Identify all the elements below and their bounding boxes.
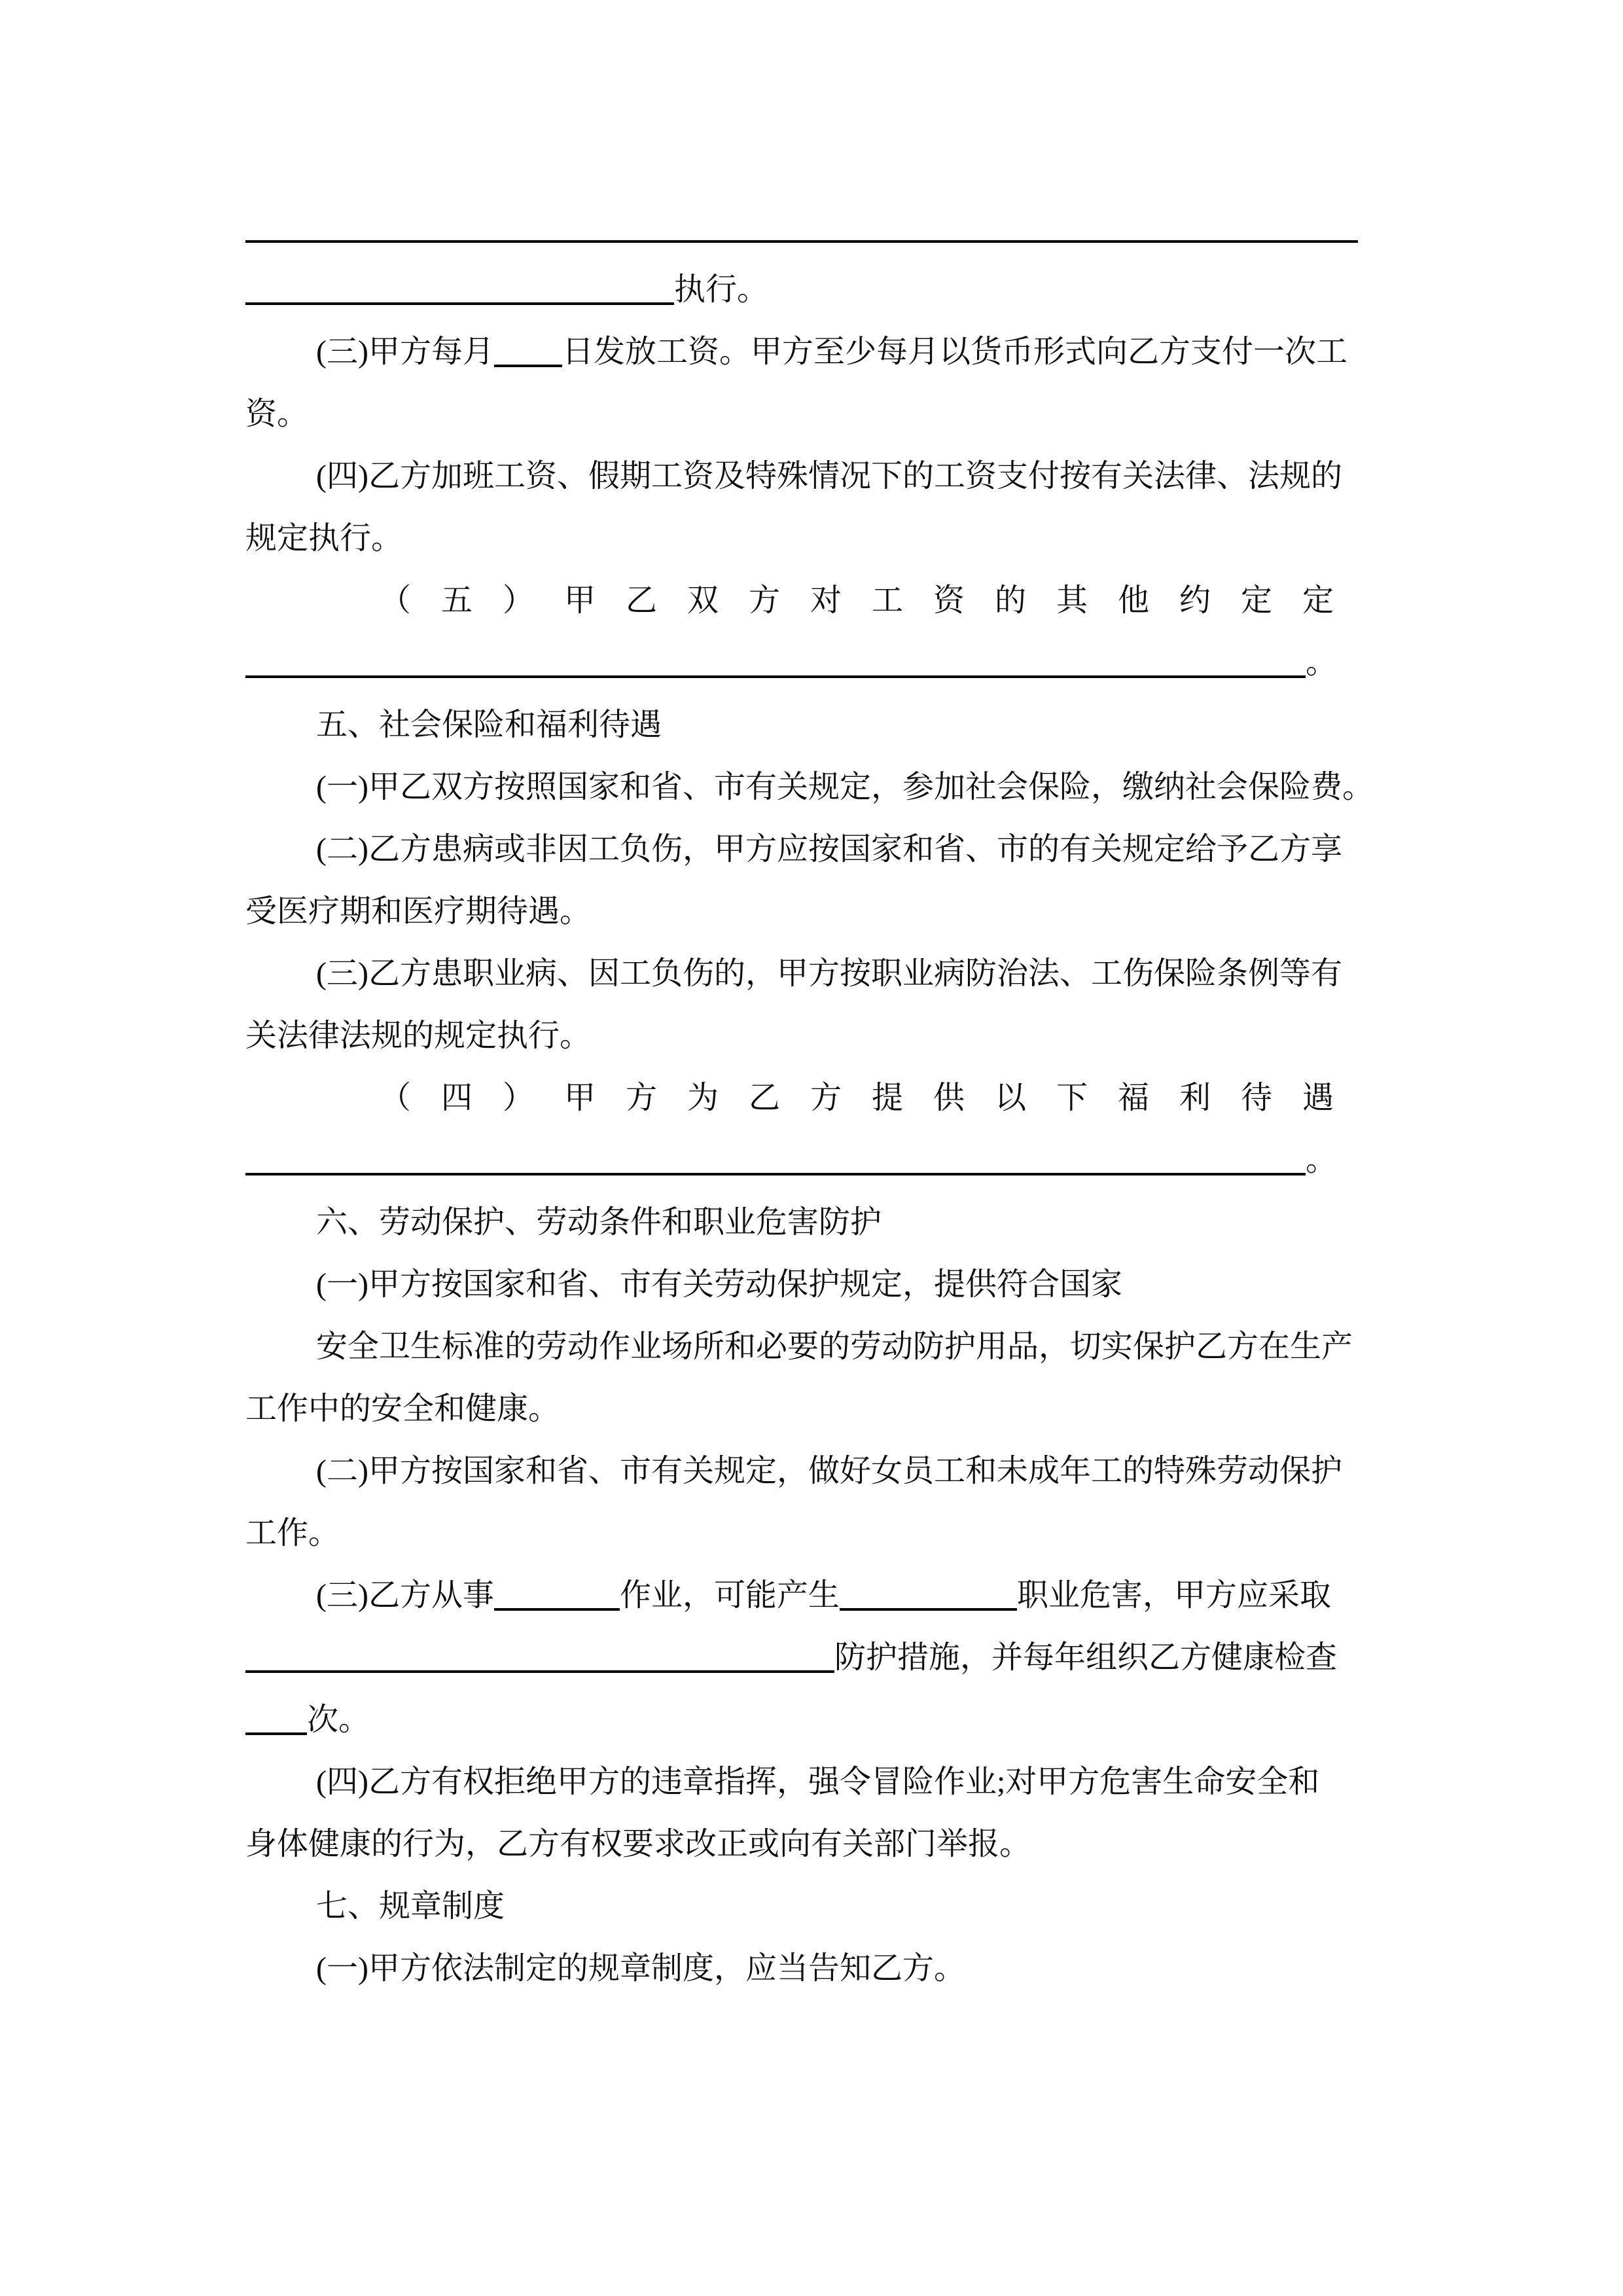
line-text: 资。	[245, 397, 308, 431]
text-line: 执行。	[245, 259, 1364, 321]
text-line: 次。	[245, 1689, 1364, 1751]
text-line: (二)乙方患病或非因工负伤，甲方应按国家和省、市的有关规定给予乙方享	[245, 818, 1364, 880]
line-text: (四)乙方有权拒绝甲方的违章指挥，强令冒险作业;对甲方危害生命安全和	[316, 1765, 1319, 1799]
document-page: 执行。(三)甲方每月日发放工资。甲方至少每月以货币形式向乙方支付一次工资。(四)…	[0, 0, 1623, 2296]
blank-underline	[245, 240, 1358, 243]
blank-underline	[245, 302, 674, 305]
text-line: (四)乙方有权拒绝甲方的违章指挥，强令冒险作业;对甲方危害生命安全和	[245, 1751, 1364, 1813]
text-line: (二)甲方按国家和省、市有关规定，做好女员工和未成年工的特殊劳动保护	[245, 1440, 1364, 1502]
text-line: 资。	[245, 383, 1364, 445]
line-text: 规定执行。	[245, 521, 402, 556]
line-text: 七、规章制度	[316, 1889, 505, 1924]
line-text: 安全卫生标准的劳动作业场所和必要的劳动防护用品，切实保护乙方在生产	[316, 1329, 1353, 1364]
text-line	[245, 196, 1364, 259]
blank-underline	[245, 1670, 834, 1673]
text-line: (三)甲方每月日发放工资。甲方至少每月以货币形式向乙方支付一次工	[245, 321, 1364, 383]
text-line: (三)乙方从事作业，可能产生职业危害，甲方应采取	[245, 1564, 1364, 1626]
text-line: 身体健康的行为，乙方有权要求改正或向有关部门举报。	[245, 1813, 1364, 1875]
line-text: 执行。	[674, 272, 768, 307]
blank-underline	[840, 1608, 1017, 1611]
text-line: (一)甲乙双方按照国家和省、市有关规定，参加社会保险，缴纳社会保险费。	[245, 756, 1364, 818]
line-text: 防护措施，并每年组织乙方健康检查	[834, 1640, 1337, 1675]
blank-underline	[245, 1732, 307, 1735]
blank-underline	[245, 675, 1306, 678]
line-text: 次。	[307, 1702, 370, 1737]
line-text: 。	[1306, 1143, 1337, 1177]
text-line: (四)乙方加班工资、假期工资及特殊情况下的工资支付按有关法律、法规的	[245, 445, 1364, 507]
text-line: 防护措施，并每年组织乙方健康检查	[245, 1626, 1364, 1689]
text-line: 安全卫生标准的劳动作业场所和必要的劳动防护用品，切实保护乙方在生产	[245, 1316, 1364, 1378]
document-body: 执行。(三)甲方每月日发放工资。甲方至少每月以货币形式向乙方支付一次工资。(四)…	[245, 196, 1364, 2000]
line-text: (二)甲方按国家和省、市有关规定，做好女员工和未成年工的特殊劳动保护	[316, 1454, 1342, 1488]
blank-underline	[245, 1173, 1306, 1175]
text-line: 。	[245, 1129, 1364, 1191]
line-text: (一)甲乙双方按照国家和省、市有关规定，参加社会保险，缴纳社会保险费。	[316, 770, 1374, 804]
text-line: （五）甲乙双方对工资的其他约定定	[245, 569, 1364, 632]
text-line: 六、劳动保护、劳动条件和职业危害防护	[245, 1191, 1364, 1253]
text-line: (一)甲方按国家和省、市有关劳动保护规定，提供符合国家	[245, 1253, 1364, 1316]
line-text: 六、劳动保护、劳动条件和职业危害防护	[316, 1205, 882, 1240]
text-line: 工作中的安全和健康。	[245, 1378, 1364, 1440]
text-line: 五、社会保险和福利待遇	[245, 694, 1364, 756]
line-text: 。	[1306, 645, 1337, 680]
line-text: 关法律法规的规定执行。	[245, 1018, 591, 1053]
line-text: (二)乙方患病或非因工负伤，甲方应按国家和省、市的有关规定给予乙方享	[316, 832, 1342, 867]
text-line: (一)甲方依法制定的规章制度，应当告知乙方。	[245, 1937, 1364, 2000]
line-text: 日发放工资。甲方至少每月以货币形式向乙方支付一次工	[562, 334, 1347, 369]
line-text: (三)乙方患职业病、因工负伤的，甲方按职业病防治法、工伤保险条例等有	[316, 956, 1342, 991]
text-line: (三)乙方患职业病、因工负伤的，甲方按职业病防治法、工伤保险条例等有	[245, 942, 1364, 1005]
line-text: (一)甲方按国家和省、市有关劳动保护规定，提供符合国家	[316, 1267, 1122, 1302]
text-line: 受医疗期和医疗期待遇。	[245, 880, 1364, 942]
text-line: 关法律法规的规定执行。	[245, 1005, 1364, 1067]
line-text: 身体健康的行为，乙方有权要求改正或向有关部门举报。	[245, 1827, 1031, 1861]
line-text: （四）甲方为乙方提供以下福利待遇	[380, 1081, 1364, 1115]
line-text: (三)甲方每月	[316, 334, 494, 369]
line-text: (一)甲方依法制定的规章制度，应当告知乙方。	[316, 1951, 965, 1986]
line-text: (三)乙方从事	[316, 1578, 494, 1613]
line-text: (四)乙方加班工资、假期工资及特殊情况下的工资支付按有关法律、法规的	[316, 459, 1342, 493]
line-text: （五）甲乙双方对工资的其他约定定	[380, 583, 1364, 618]
text-line: （四）甲方为乙方提供以下福利待遇	[245, 1067, 1364, 1129]
text-line: 。	[245, 632, 1364, 694]
line-text: 受医疗期和医疗期待遇。	[245, 894, 591, 929]
line-text: 五、社会保险和福利待遇	[316, 708, 662, 742]
line-text: 作业，可能产生	[620, 1578, 840, 1613]
text-line: 规定执行。	[245, 507, 1364, 569]
line-text: 工作。	[245, 1516, 340, 1551]
line-text: 职业危害，甲方应采取	[1017, 1578, 1331, 1613]
line-text: 工作中的安全和健康。	[245, 1391, 560, 1426]
text-line: 工作。	[245, 1502, 1364, 1564]
blank-underline	[494, 365, 562, 367]
blank-underline	[494, 1608, 620, 1611]
text-line: 七、规章制度	[245, 1875, 1364, 1937]
